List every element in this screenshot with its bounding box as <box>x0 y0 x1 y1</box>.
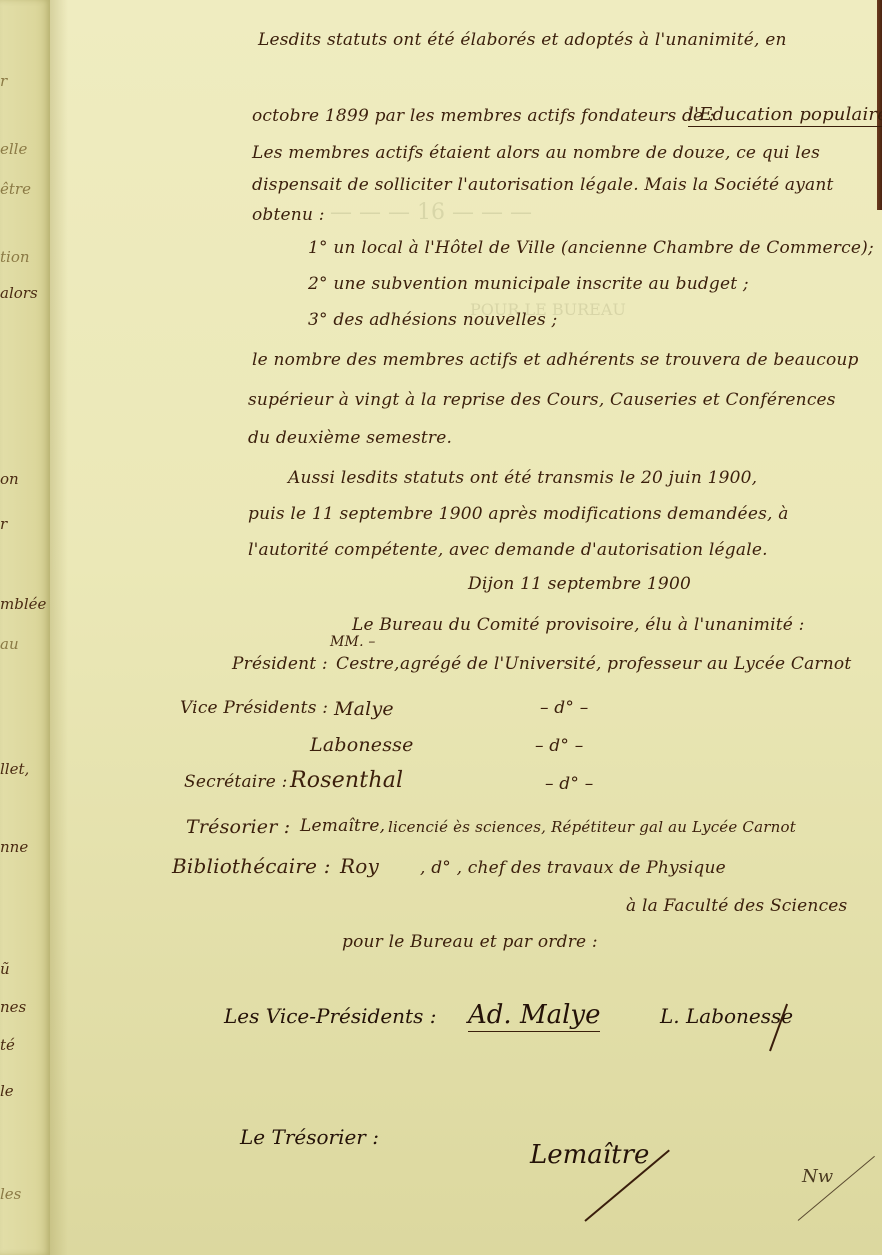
text-line: l'autorité compétente, avec demande d'au… <box>248 540 768 560</box>
officer-details: – d° – <box>535 736 583 756</box>
officer-name: Rosenthal <box>290 768 403 793</box>
text-line: du deuxième semestre. <box>248 428 452 448</box>
mm-label: MM. – <box>330 634 376 650</box>
list-item: 2° une subvention municipale inscrite au… <box>308 274 749 294</box>
officer-name: Labonesse <box>310 734 414 756</box>
officer-role: Vice Présidents : <box>180 698 328 718</box>
scanned-page: r elle être tion alors on r mblée au lle… <box>0 0 882 1255</box>
text-fragment: octobre 1899 par les membres actifs fond… <box>252 106 715 126</box>
place-date: Dijon 11 septembre 1900 <box>468 574 691 594</box>
text-line: supérieur à vingt à la reprise des Cours… <box>248 390 836 410</box>
text-line: dispensait de solliciter l'autorisation … <box>252 175 834 195</box>
officer-role: Président : <box>232 654 328 674</box>
text-line: obtenu : <box>252 205 325 225</box>
text-line: octobre 1899 par les membres actifs fond… <box>252 106 715 126</box>
text-line: le nombre des membres actifs et adhérent… <box>252 350 859 370</box>
text-line: puis le 11 septembre 1900 après modifica… <box>248 504 789 524</box>
vice-presidents-label: Les Vice-Présidents : <box>224 1004 436 1028</box>
signature-treasurer: Lemaître <box>530 1140 649 1170</box>
signature-malye: Ad. Malye <box>468 1000 600 1032</box>
closing-line: pour le Bureau et par ordre : <box>342 932 598 952</box>
text-line: Les membres actifs étaient alors au nomb… <box>252 143 820 163</box>
manuscript-body: Lesdits statuts ont été élaborés et adop… <box>0 0 882 1255</box>
society-name: l'Education populaire <box>688 104 882 127</box>
officer-details: – d° – <box>545 774 593 794</box>
officer-details: agrégé de l'Université, professeur au Ly… <box>400 654 851 674</box>
officer-details: à la Faculté des Sciences <box>626 896 847 916</box>
list-item: 3° des adhésions nouvelles ; <box>308 310 557 330</box>
bureau-intro: Le Bureau du Comité provisoire, élu à l'… <box>352 615 805 635</box>
treasurer-label: Le Trésorier : <box>240 1125 379 1149</box>
officer-role: Trésorier : <box>186 816 290 838</box>
initials-mark: Nw <box>802 1166 833 1187</box>
officer-details: – d° – <box>540 698 588 718</box>
signature-labonesse: L. Labonesse <box>660 1004 793 1028</box>
officer-role: Secrétaire : <box>184 772 288 792</box>
officer-details: , d° , chef des travaux de Physique <box>420 858 726 878</box>
officer-name: Roy <box>340 854 379 878</box>
officer-name: Malye <box>334 698 394 720</box>
text-line: Aussi lesdits statuts ont été transmis l… <box>288 468 757 488</box>
officer-name: Lemaître, <box>300 816 385 836</box>
officer-details: licencié ès sciences, Répétiteur gal au … <box>388 818 796 836</box>
officer-name: Cestre, <box>336 654 400 674</box>
list-item: 1° un local à l'Hôtel de Ville (ancienne… <box>308 238 874 258</box>
officer-role: Bibliothécaire : <box>172 854 331 878</box>
text-line: Lesdits statuts ont été élaborés et adop… <box>258 30 787 50</box>
